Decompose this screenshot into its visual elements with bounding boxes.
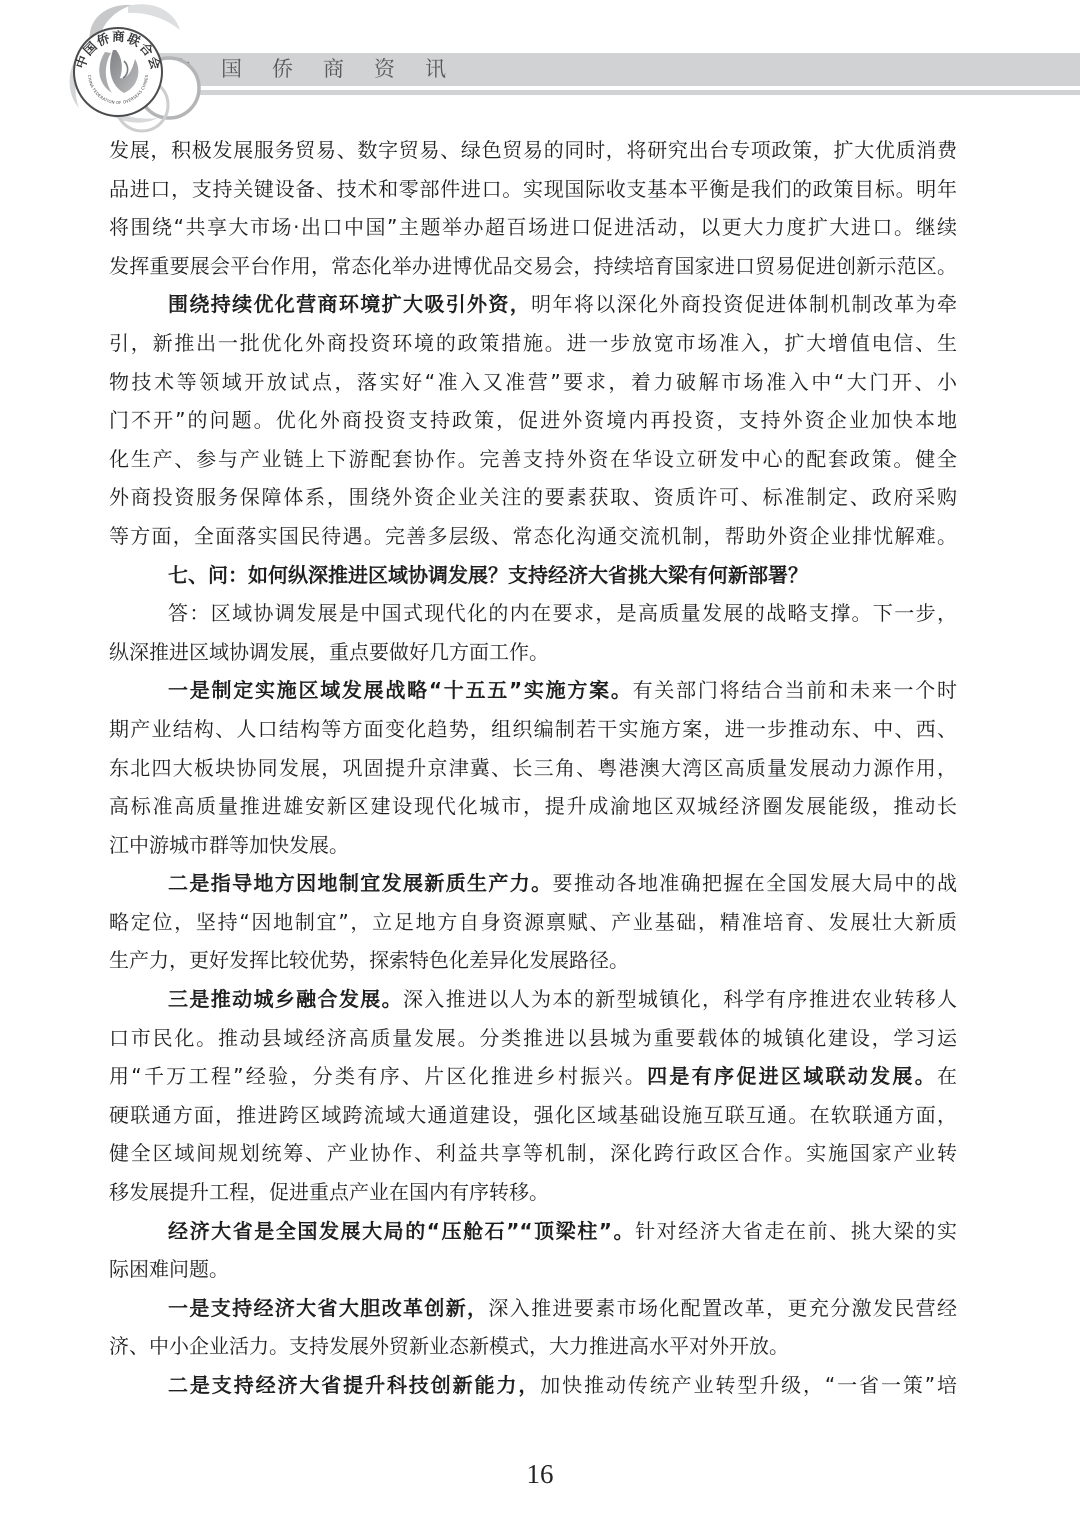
body-text: 发挥重要展会平台作用，常态化举办进博优品交易会，持续培育国家进口贸易促进创新示范… [109,254,957,278]
body-text: 有关部门将结合当前和未来一个时 [633,678,957,702]
body-line: 际困难问题。 [109,1250,957,1289]
body-text: 际困难问题。 [109,1257,229,1281]
body-line: 略定位，坚持“因地制宜”，立足地方自身资源禀赋、产业基础，精准培育、发展壮大新质 [109,903,957,942]
body-line: 引，新推出一批优化外商投资环境的政策措施。进一步放宽市场准入，扩大增值电信、生 [109,324,957,363]
body-text-bold: 二是支持经济大省提升科技创新能力， [168,1373,540,1397]
body-text: 引，新推出一批优化外商投资环境的政策措施。进一步放宽市场准入，扩大增值电信、生 [109,331,957,355]
cfoce-seal-logo-icon: 中国侨商联合会 CHINA FEDERATION OF OVERSEAS CHI… [28,0,213,145]
body-line: 用“千万工程”经验，分类有序、片区化推进乡村振兴。四是有序促进区域联动发展。在 [109,1057,957,1096]
body-text: 东北四大板块协同发展，巩固提升京津冀、长三角、粤港澳大湾区高质量发展动力源作用， [109,756,957,780]
body-text: 化生产、参与产业链上下游配套协作。完善支持外资在华设立研发中心的配套政策。健全 [109,447,957,471]
body-text: 将围绕“共享大市场·出口中国”主题举办超百场进口促进活动，以更大力度扩大进口。继… [109,215,957,239]
body-line: 健全区域间规划统筹、产业协作、利益共享等机制，深化跨行政区合作。实施国家产业转 [109,1134,957,1173]
body-text: 等方面，全面落实国民待遇。完善多层级、常态化沟通交流机制，帮助外资企业排忧解难。 [109,524,957,548]
body-line: 等方面，全面落实国民待遇。完善多层级、常态化沟通交流机制，帮助外资企业排忧解难。 [109,517,957,556]
body-line: 二是指导地方因地制宜发展新质生产力。要推动各地准确把握在全国发展大局中的战 [109,864,957,903]
body-text-bold: 经济大省是全国发展大局的“压舱石”“顶梁柱”。 [168,1219,635,1243]
body-line: 高标准高质量推进雄安新区建设现代化城市，提升成渝地区双城经济圈发展能级，推动长 [109,787,957,826]
body-text-bold: 四是有序促进区域联动发展。 [647,1064,937,1088]
page-number: 16 [0,1459,1080,1490]
body-text: 略定位，坚持“因地制宜”，立足地方自身资源禀赋、产业基础，精准培育、发展壮大新质 [109,910,957,934]
body-text: 答：区域协调发展是中国式现代化的内在要求，是高质量发展的战略支撑。下一步， [168,601,957,625]
body-text: 外商投资服务保障体系，围绕外资企业关注的要素获取、资质许可、标准制定、政府采购 [109,485,957,509]
body-line: 东北四大板块协同发展，巩固提升京津冀、长三角、粤港澳大湾区高质量发展动力源作用， [109,749,957,788]
body-line: 三是推动城乡融合发展。深入推进以人为本的新型城镇化，科学有序推进农业转移人 [109,980,957,1019]
body-text-bold: 二是指导地方因地制宜发展新质生产力。 [168,871,553,895]
body-text: 高标准高质量推进雄安新区建设现代化城市，提升成渝地区双城经济圈发展能级，推动长 [109,794,957,818]
body-text-bold: 三是推动城乡融合发展。 [168,987,403,1011]
body-text: 针对经济大省走在前、挑大梁的实 [635,1219,957,1243]
banner-title: 中国侨商资讯 [170,53,476,86]
body-line: 江中游城市群等加快发展。 [109,826,957,865]
body-text: 济、中小企业活力。支持发展外贸新业态新模式，大力推进高水平对外开放。 [109,1334,789,1358]
body-text: 移发展提升工程，促进重点产业在国内有序转移。 [109,1180,549,1204]
body-line: 生产力，更好发挥比较优势，探索特色化差异化发展路径。 [109,941,957,980]
body-line: 期产业结构、人口结构等方面变化趋势，组织编制若干实施方案，进一步推动东、中、西、 [109,710,957,749]
body-text: 发展，积极发展服务贸易、数字贸易、绿色贸易的同时，将研究出台专项政策，扩大优质消… [109,138,957,162]
body-line: 物技术等领域开放试点，落实好“准入又准营”要求，着力破解市场准入中“大门开、小 [109,363,957,402]
body-text: 深入推进以人为本的新型城镇化，科学有序推进农业转移人 [403,987,957,1011]
body-text-bold: 一是支持经济大省大胆改革创新， [168,1296,488,1320]
body-text: 硬联通方面，推进跨区域跨流域大通道建设，强化区域基础设施互联互通。在软联通方面， [109,1103,957,1127]
body-line: 品进口，支持关键设备、技术和零部件进口。实现国际收支基本平衡是我们的政策目标。明… [109,170,957,209]
body-text: 深入推进要素市场化配置改革，更充分激发民营经 [488,1296,957,1320]
body-text: 生产力，更好发挥比较优势，探索特色化差异化发展路径。 [109,948,629,972]
body-line: 化生产、参与产业链上下游配套协作。完善支持外资在华设立研发中心的配套政策。健全 [109,440,957,479]
body-text: 要推动各地准确把握在全国发展大局中的战 [553,871,958,895]
body-text: 口市民化。推动县域经济高质量发展。分类推进以县城为重要载体的城镇化建设，学习运 [109,1026,957,1050]
body-text: 纵深推进区域协调发展，重点要做好几方面工作。 [109,640,549,664]
body-text: 门不开”的问题。优化外商投资支持政策，促进外资境内再投资，支持外资企业加快本地 [109,408,957,432]
body-text: 加快推动传统产业转型升级，“一省一策”培 [540,1373,957,1397]
body-line: 二是支持经济大省提升科技创新能力，加快推动传统产业转型升级，“一省一策”培 [109,1366,957,1405]
body-text: 在 [937,1064,957,1088]
body-line: 答：区域协调发展是中国式现代化的内在要求，是高质量发展的战略支撑。下一步， [109,594,957,633]
body-line: 济、中小企业活力。支持发展外贸新业态新模式，大力推进高水平对外开放。 [109,1327,957,1366]
body-line: 一是支持经济大省大胆改革创新，深入推进要素市场化配置改革，更充分激发民营经 [109,1289,957,1328]
header-bar-thin [140,90,1080,95]
body-line: 硬联通方面，推进跨区域跨流域大通道建设，强化区域基础设施互联互通。在软联通方面， [109,1096,957,1135]
body-line: 门不开”的问题。优化外商投资支持政策，促进外资境内再投资，支持外资企业加快本地 [109,401,957,440]
body-text: 物技术等领域开放试点，落实好“准入又准营”要求，着力破解市场准入中“大门开、小 [109,370,957,394]
body-line: 七、问：如何纵深推进区域协调发展？支持经济大省挑大梁有何新部署？ [109,556,957,595]
body-line: 移发展提升工程，促进重点产业在国内有序转移。 [109,1173,957,1212]
body-text: 明年将以深化外商投资促进体制机制改革为牵 [531,292,957,316]
body-text-bold: 一是制定实施区域发展战略“十五五”实施方案。 [168,678,633,702]
body-line: 纵深推进区域协调发展，重点要做好几方面工作。 [109,633,957,672]
body-text: 用“千万工程”经验，分类有序、片区化推进乡村振兴。 [109,1064,647,1088]
body-text: 期产业结构、人口结构等方面变化趋势，组织编制若干实施方案，进一步推动东、中、西、 [109,717,957,741]
body-line: 发展，积极发展服务贸易、数字贸易、绿色贸易的同时，将研究出台专项政策，扩大优质消… [109,131,957,170]
body-text: 健全区域间规划统筹、产业协作、利益共享等机制，深化跨行政区合作。实施国家产业转 [109,1141,957,1165]
body-text: 品进口，支持关键设备、技术和零部件进口。实现国际收支基本平衡是我们的政策目标。明… [109,177,957,201]
body-line: 一是制定实施区域发展战略“十五五”实施方案。有关部门将结合当前和未来一个时 [109,671,957,710]
cfoce-seal-logo: 中国侨商联合会 CHINA FEDERATION OF OVERSEAS CHI… [28,0,213,145]
body-text-bold: 七、问：如何纵深推进区域协调发展？支持经济大省挑大梁有何新部署？ [168,563,808,587]
body-line: 发挥重要展会平台作用，常态化举办进博优品交易会，持续培育国家进口贸易促进创新示范… [109,247,957,286]
logo-seal: 中国侨商联合会 CHINA FEDERATION OF OVERSEAS CHI… [28,0,164,116]
document-body: 发展，积极发展服务贸易、数字贸易、绿色贸易的同时，将研究出台专项政策，扩大优质消… [109,131,957,1405]
document-page: { "header": { "banner_title": "中国侨商资讯", … [0,0,1080,1525]
body-line: 外商投资服务保障体系，围绕外资企业关注的要素获取、资质许可、标准制定、政府采购 [109,478,957,517]
body-line: 口市民化。推动县域经济高质量发展。分类推进以县城为重要载体的城镇化建设，学习运 [109,1019,957,1058]
body-line: 将围绕“共享大市场·出口中国”主题举办超百场进口促进活动，以更大力度扩大进口。继… [109,208,957,247]
body-line: 围绕持续优化营商环境扩大吸引外资，明年将以深化外商投资促进体制机制改革为牵 [109,285,957,324]
body-text-bold: 围绕持续优化营商环境扩大吸引外资， [168,292,531,316]
body-text: 江中游城市群等加快发展。 [109,833,349,857]
body-line: 经济大省是全国发展大局的“压舱石”“顶梁柱”。针对经济大省走在前、挑大梁的实 [109,1212,957,1251]
